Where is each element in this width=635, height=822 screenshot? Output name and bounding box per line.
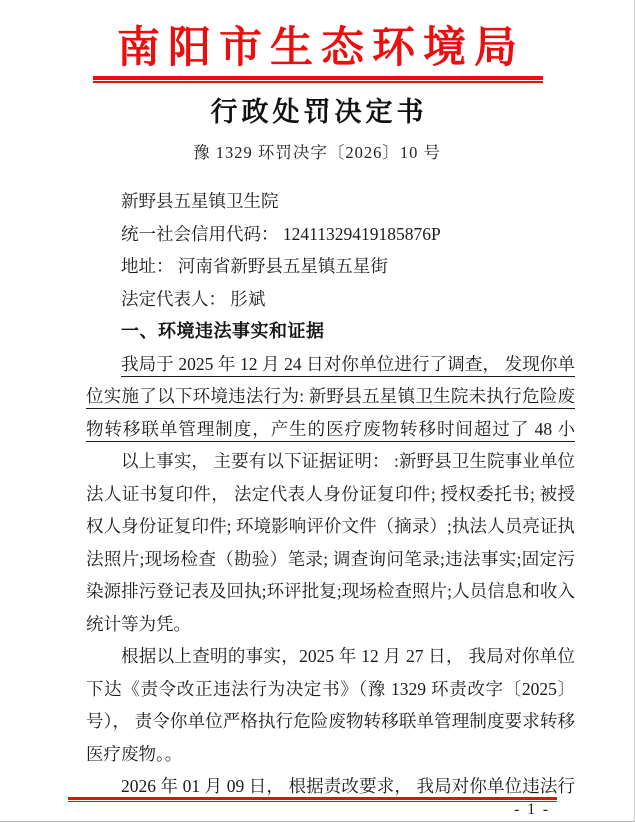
correction-order-line: 医疗废物。。 (86, 738, 575, 771)
recipient-address-line: 地址： 河南省新野县五星镇五星街 (86, 250, 575, 283)
correction-order-line: 号）， 责令你单位严格执行危险废物转移联单管理制度要求转移 (86, 705, 575, 738)
footer-double-rule (68, 797, 557, 802)
footer-rule-thin (68, 801, 557, 803)
violation-fact-line: 我局于 2025 年 12 月 24 日对你单位进行了调查， 发现你单 (86, 348, 575, 381)
violation-fact-line: 位实施了以下环境违法行为: 新野县五星镇卫生院未执行危险废 (86, 380, 575, 413)
doc-number: 豫 1329 环罚决字〔2026〕10 号 (0, 139, 634, 163)
agency-title: 南阳市生态环境局 (0, 26, 634, 72)
evidence-line: 统计等为凭。 (86, 608, 575, 641)
correction-order-line: 根据以上查明的事实，2025 年 12 月 27 日， 我局对你单位 (86, 640, 575, 673)
letterhead-double-rule (93, 76, 543, 83)
evidence-line: 权人身份证复印件; 环境影响评价文件（摘录）;执法人员亮证执 (86, 510, 575, 543)
evidence-line: 法人证书复印件， 法定代表人身份证复印件; 授权委托书; 被授 (86, 478, 575, 511)
doc-title: 行政处罚决定书 (0, 96, 634, 128)
evidence-line: 法照片;现场检查（勘验）笔录; 调查询问笔录;违法事实;固定污 (86, 543, 575, 576)
evidence-line: 染源排污登记表及回执;环评批复;现场检查照片;人员信息和收入 (86, 575, 575, 608)
letterhead-rule-thick (93, 76, 543, 80)
evidence-line: 以上事实， 主要有以下证据证明： :新野县卫生院事业单位 (86, 445, 575, 478)
page-number: - 1 - (514, 801, 550, 819)
violation-fact-line: 物转移联单管理制度，产生的医疗废物转移时间超过了 48 小时。 (86, 413, 575, 446)
section-heading: 一、环境违法事实和证据 (86, 315, 575, 348)
document-page: 南阳市生态环境局 行政处罚决定书 豫 1329 环罚决字〔2026〕10 号 新… (0, 0, 635, 822)
recipient-legal-rep-line: 法定代表人： 肜斌 (86, 283, 575, 316)
footer-rule-thick (68, 797, 557, 800)
letterhead-rule-thin (93, 81, 543, 83)
correction-order-line: 下达《责令改正违法行为决定书》（豫 1329 环责改字〔2025〕22 (86, 673, 575, 706)
document-body: 新野县五星镇卫生院 统一社会信用代码： 12411329419185876P 地… (86, 185, 575, 803)
recipient-name-line: 新野县五星镇卫生院 (86, 185, 575, 218)
recipient-credit-code-line: 统一社会信用代码： 12411329419185876P (86, 218, 575, 251)
